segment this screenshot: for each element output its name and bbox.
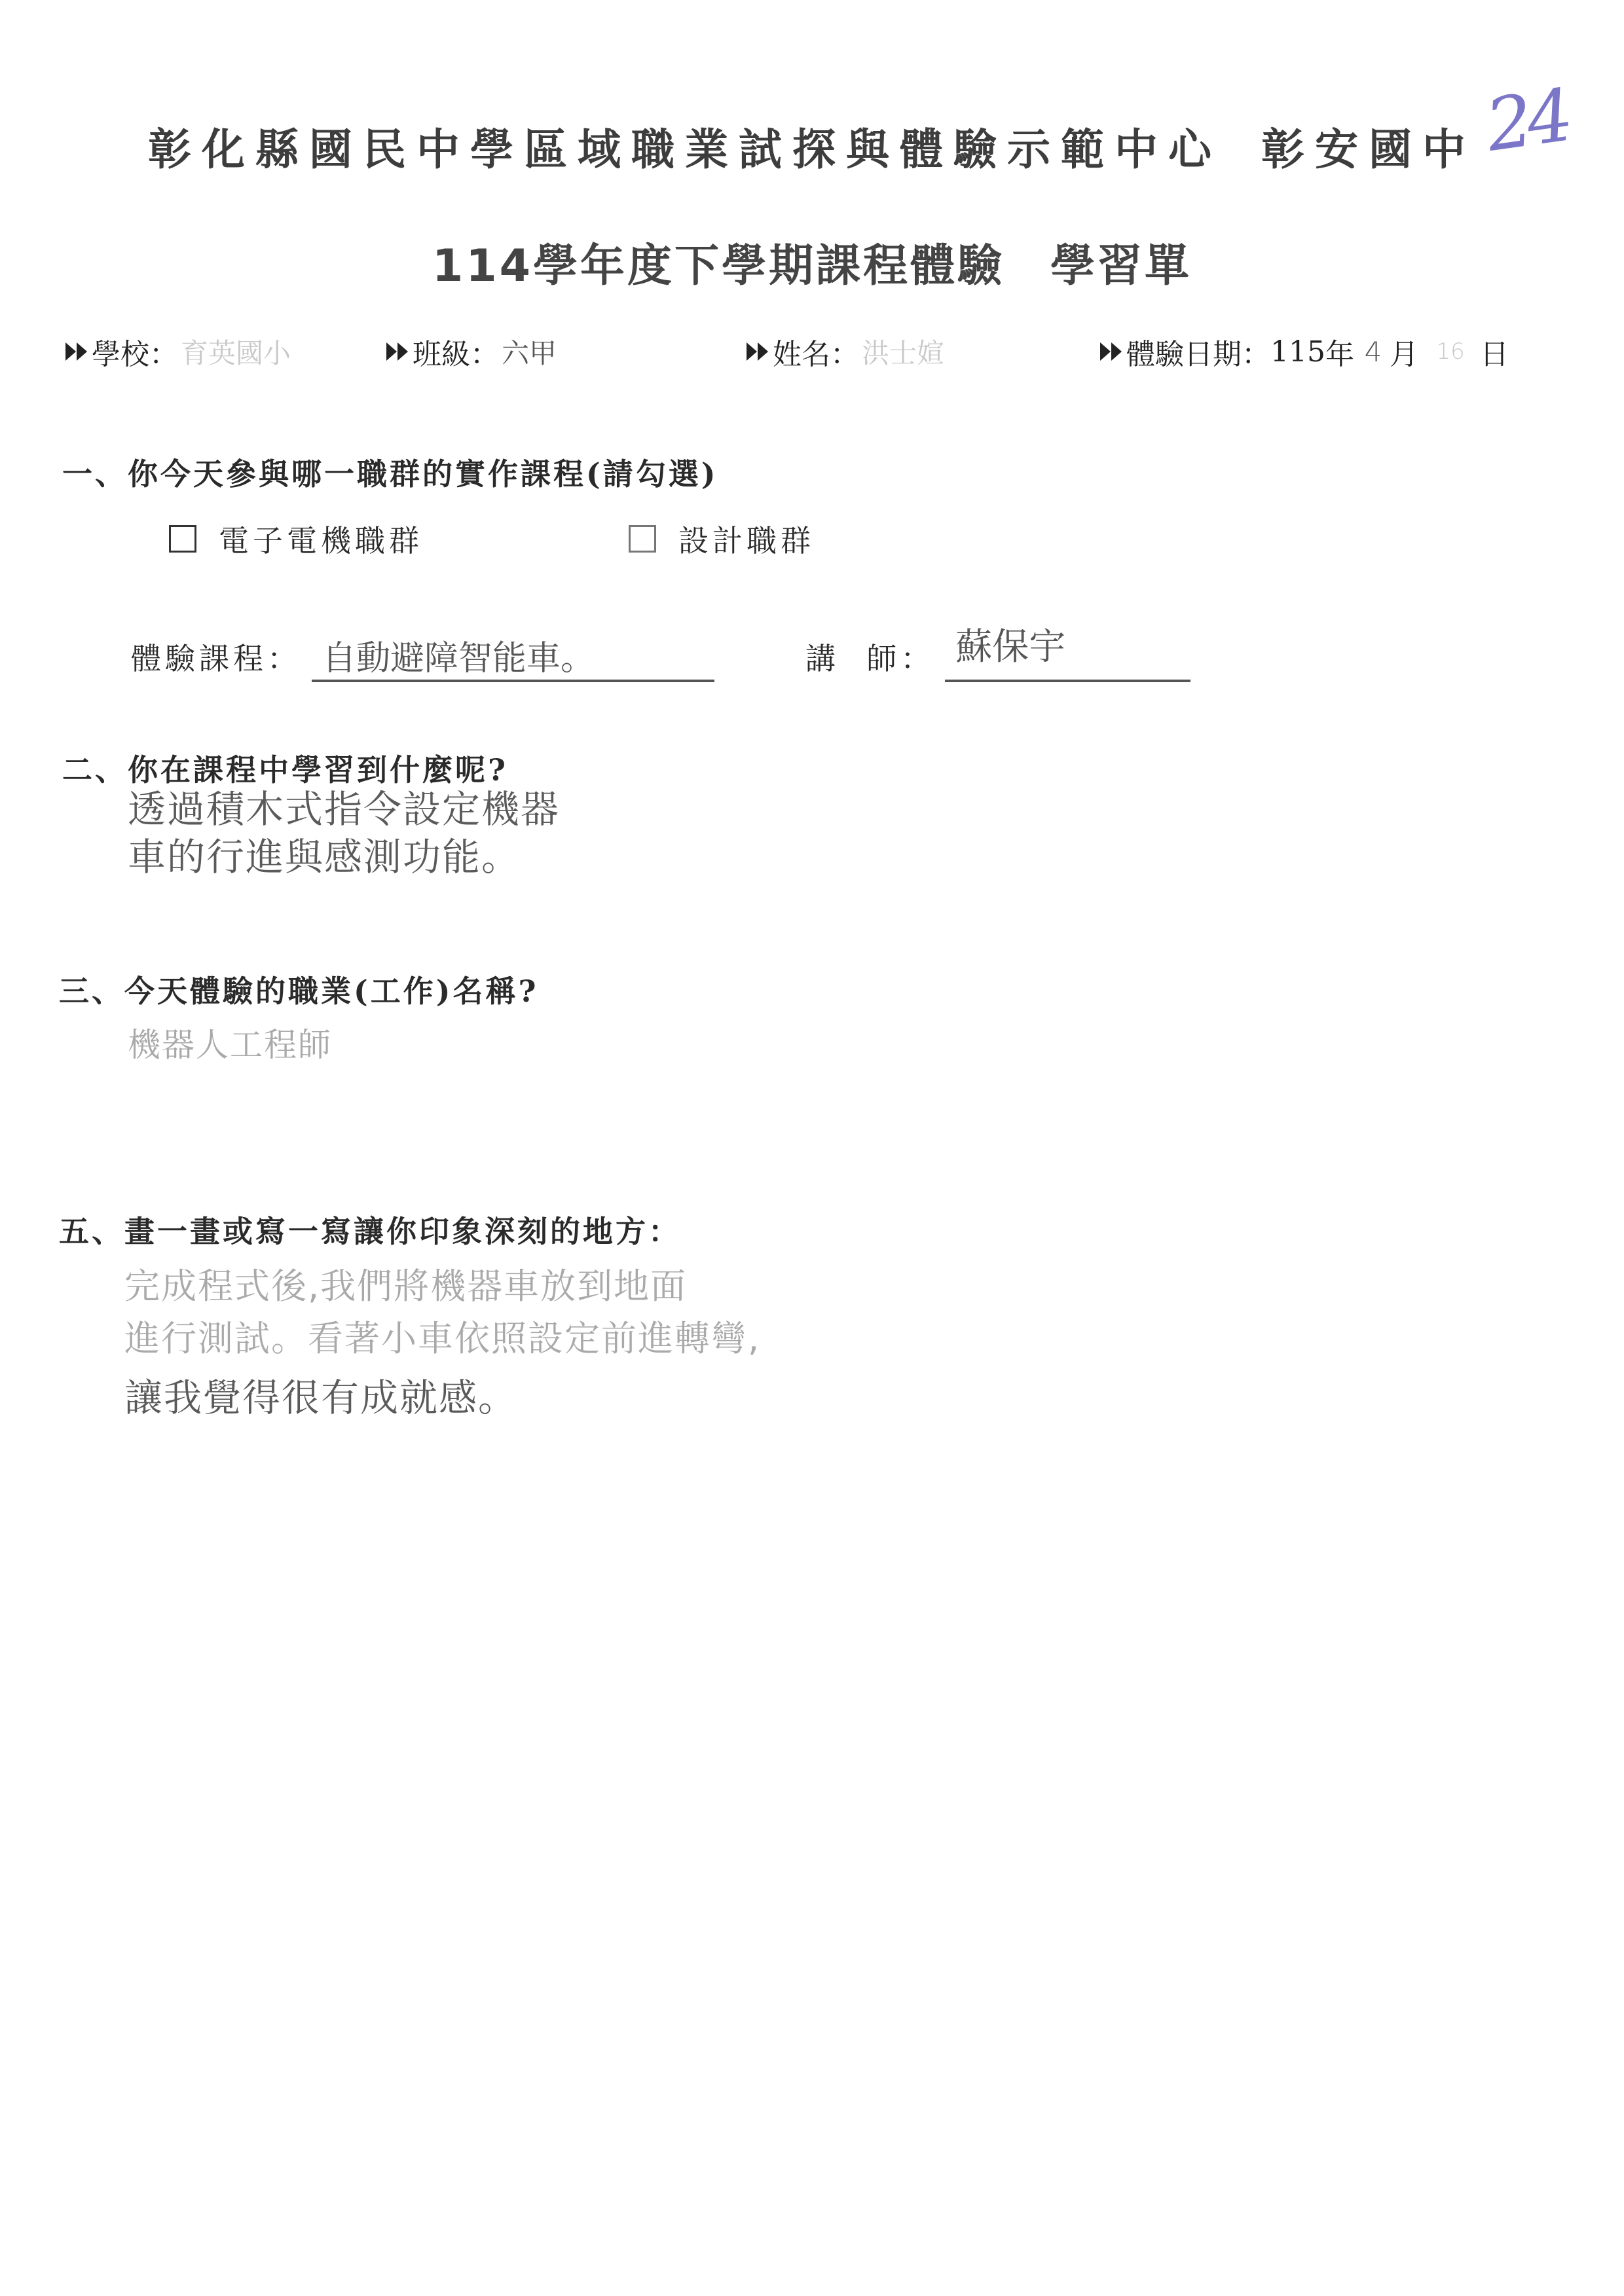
checkbox-design[interactable] xyxy=(629,525,656,553)
class-field: 班級： 六甲 xyxy=(386,331,557,373)
subtitle-sheet: 學習單 xyxy=(1050,240,1192,292)
class-value[interactable]: 六甲 xyxy=(502,332,557,371)
answer-5-line-3: 讓我覺得很有成就感。 xyxy=(124,1365,760,1430)
subtitle-term: 114學年度下學期課程體驗 xyxy=(432,240,1005,292)
double-arrow-icon xyxy=(747,342,769,361)
question-5: 五、畫一畫或寫一寫讓你印象深刻的地方： xyxy=(59,1208,681,1251)
date-month-value[interactable]: 4 xyxy=(1357,336,1390,368)
double-arrow-icon xyxy=(1100,342,1122,361)
school-field: 學校： 育英國小 xyxy=(65,331,291,373)
option-design[interactable]: 設計職群 xyxy=(629,517,815,560)
title-center-name: 彰化縣國民中學區域職業試探與體驗示範中心 xyxy=(148,124,1222,175)
question-3: 三、今天體驗的職業(工作)名稱? xyxy=(59,968,538,1011)
date-day-value[interactable]: 16 xyxy=(1421,338,1480,365)
double-arrow-icon xyxy=(65,342,88,361)
page-subtitle: 114學年度下學期課程體驗學習單 xyxy=(0,230,1624,294)
course-value: 自動避障智能車。 xyxy=(322,630,595,680)
double-arrow-icon xyxy=(386,342,409,361)
school-value[interactable]: 育英國小 xyxy=(181,332,291,371)
option-design-label: 設計職群 xyxy=(678,517,815,560)
answer-2-line-2: 車的行進與感測功能。 xyxy=(128,833,560,881)
course-input[interactable]: 自動避障智能車。 xyxy=(312,636,714,682)
answer-3[interactable]: 機器人工程師 xyxy=(128,1025,332,1066)
date-label: 體驗日期： xyxy=(1126,331,1270,373)
teacher-label: 講 師： xyxy=(805,635,934,678)
option-electrical[interactable]: 電子電機職群 xyxy=(169,517,423,560)
title-school-name: 彰安國中 xyxy=(1261,124,1476,175)
name-label: 姓名： xyxy=(773,331,859,373)
question-2: 二、你在課程中學習到什麼呢? xyxy=(62,746,508,790)
teacher-input[interactable]: 蘇保宇 xyxy=(945,636,1190,682)
option-electrical-label: 電子電機職群 xyxy=(219,517,423,560)
course-label: 體驗課程： xyxy=(131,635,301,678)
answer-5-line-1: 完成程式後,我們將機器車放到地面 xyxy=(124,1260,760,1313)
date-month-unit: 月 xyxy=(1390,331,1418,373)
question-1: 一、你今天參與哪一職群的實作課程(請勾選) xyxy=(62,450,718,494)
answer-2[interactable]: 透過積木式指令設定機器 車的行進與感測功能。 xyxy=(128,786,560,881)
teacher-value: 蘇保宇 xyxy=(955,618,1065,670)
checkbox-electrical[interactable] xyxy=(169,525,196,553)
answer-5-line-2: 進行測試。看著小車依照設定前進轉彎, xyxy=(124,1313,760,1365)
answer-5[interactable]: 完成程式後,我們將機器車放到地面 進行測試。看著小車依照設定前進轉彎, 讓我覺得… xyxy=(124,1260,760,1430)
answer-2-line-1: 透過積木式指令設定機器 xyxy=(128,786,560,833)
name-field: 姓名： 洪士媗 xyxy=(747,331,944,373)
date-year: 115 xyxy=(1270,335,1325,369)
date-year-unit: 年 xyxy=(1325,331,1354,373)
course-field: 體驗課程： 自動避障智能車。 xyxy=(131,635,714,682)
date-day-unit: 日 xyxy=(1480,331,1509,373)
page-title: 彰化縣國民中學區域職業試探與體驗示範中心彰安國中 xyxy=(0,115,1624,177)
teacher-field: 講 師： 蘇保宇 xyxy=(805,635,1190,682)
class-label: 班級： xyxy=(413,331,499,373)
school-label: 學校： xyxy=(92,331,178,373)
date-field: 體驗日期： 115 年 4 月 16 日 xyxy=(1100,331,1509,373)
name-value[interactable]: 洪士媗 xyxy=(862,332,944,371)
handwritten-corner-number: 24 xyxy=(1481,73,1574,168)
